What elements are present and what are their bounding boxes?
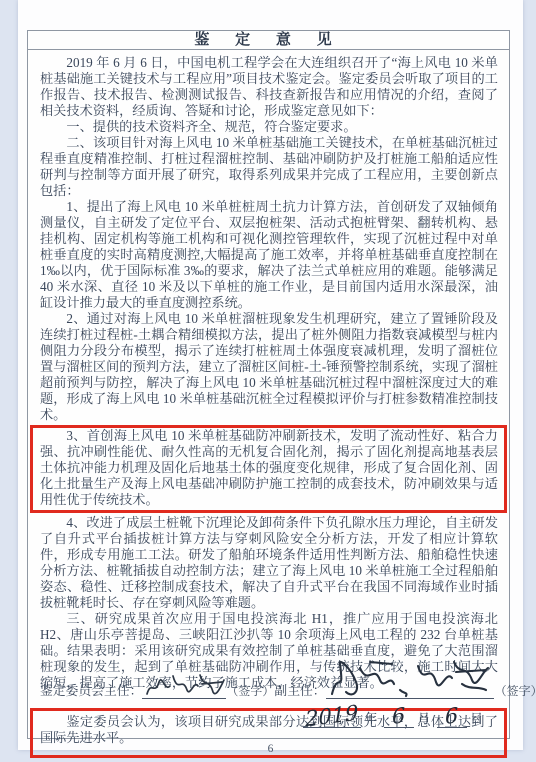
handwritten-day: 6 bbox=[445, 708, 459, 724]
page-number: 6 bbox=[18, 743, 523, 755]
paper-sheet: 鉴 定 意 见 2019 年 6 月 6 日，中国电机工程学会在大连组织召开了“… bbox=[18, 0, 523, 750]
paragraph-innovation-2: 2、通过对海上风电 10 米单桩溜桩现象发生机理研究，建立了置锤阶段及连续打桩过… bbox=[40, 311, 498, 423]
red-highlight-box-innovation-3: 3、首创海上风电 10 米单桩基础防冲刷新技术，发明了流动性好、粘合力强、抗冲刷… bbox=[30, 425, 507, 513]
document-frame: 鉴 定 意 见 2019 年 6 月 6 日，中国电机工程学会在大连组织召开了“… bbox=[27, 30, 510, 739]
chair-sign-note: （签字） bbox=[226, 682, 274, 699]
handwritten-month: 6 bbox=[392, 708, 406, 724]
document-body: 2019 年 6 月 6 日，中国电机工程学会在大连组织召开了“海上风电 10 … bbox=[28, 50, 509, 758]
page-title: 鉴 定 意 见 bbox=[28, 31, 509, 50]
paragraph-innovation-1: 1、提出了海上风电 10 米单桩桩周土抗力计算方法，首创研发了双轴倾角测量仪，自… bbox=[40, 199, 498, 311]
year-label: 年 bbox=[364, 711, 377, 726]
signature-block: 鉴定委员会主任： （签字） 副主任： bbox=[40, 668, 505, 728]
date-year-slot: 2019 bbox=[303, 709, 361, 728]
paragraph-item-1: 一、提供的技术资料齐全、规范，符合鉴定要求。 bbox=[40, 119, 498, 135]
chair-signature-line bbox=[142, 668, 226, 699]
vice-chair-signature-line bbox=[326, 668, 494, 699]
date-month-slot: 6 bbox=[384, 709, 414, 728]
handwritten-year: 2019 bbox=[306, 706, 359, 727]
day-label: 日 bbox=[470, 711, 483, 726]
scanned-appraisal-page: { "page": { "title": "鉴 定 意 见", "page_nu… bbox=[0, 0, 536, 762]
date-day-slot: 6 bbox=[437, 709, 467, 728]
chair-label: 鉴定委员会主任： bbox=[40, 680, 142, 699]
vice-sign-note: （签字） bbox=[495, 682, 536, 699]
chair-handwritten-signature-icon bbox=[142, 670, 226, 702]
vice-chair-label: 副主任： bbox=[274, 680, 325, 699]
paragraph-item-2: 二、该项目针对海上风电 10 米单桩基础施工关键技术，在单桩基础沉桩过程垂直度精… bbox=[40, 135, 498, 199]
signature-row: 鉴定委员会主任： （签字） 副主任： bbox=[40, 668, 505, 699]
vice-chair-handwritten-signatures-icon bbox=[326, 656, 494, 702]
paragraph-intro: 2019 年 6 月 6 日，中国电机工程学会在大连组织召开了“海上风电 10 … bbox=[40, 55, 498, 119]
month-label: 月 bbox=[417, 711, 430, 726]
paragraph-innovation-3: 3、首创海上风电 10 米单桩基础防冲刷新技术，发明了流动性好、粘合力强、抗冲刷… bbox=[40, 428, 498, 508]
date-row: 2019 年 6 月 6 日 bbox=[40, 708, 505, 728]
paragraph-innovation-4: 4、改进了成层土桩靴下沉理论及卸荷条件下负孔隙水压力理论，自主研发了自升式平台插… bbox=[40, 515, 498, 611]
